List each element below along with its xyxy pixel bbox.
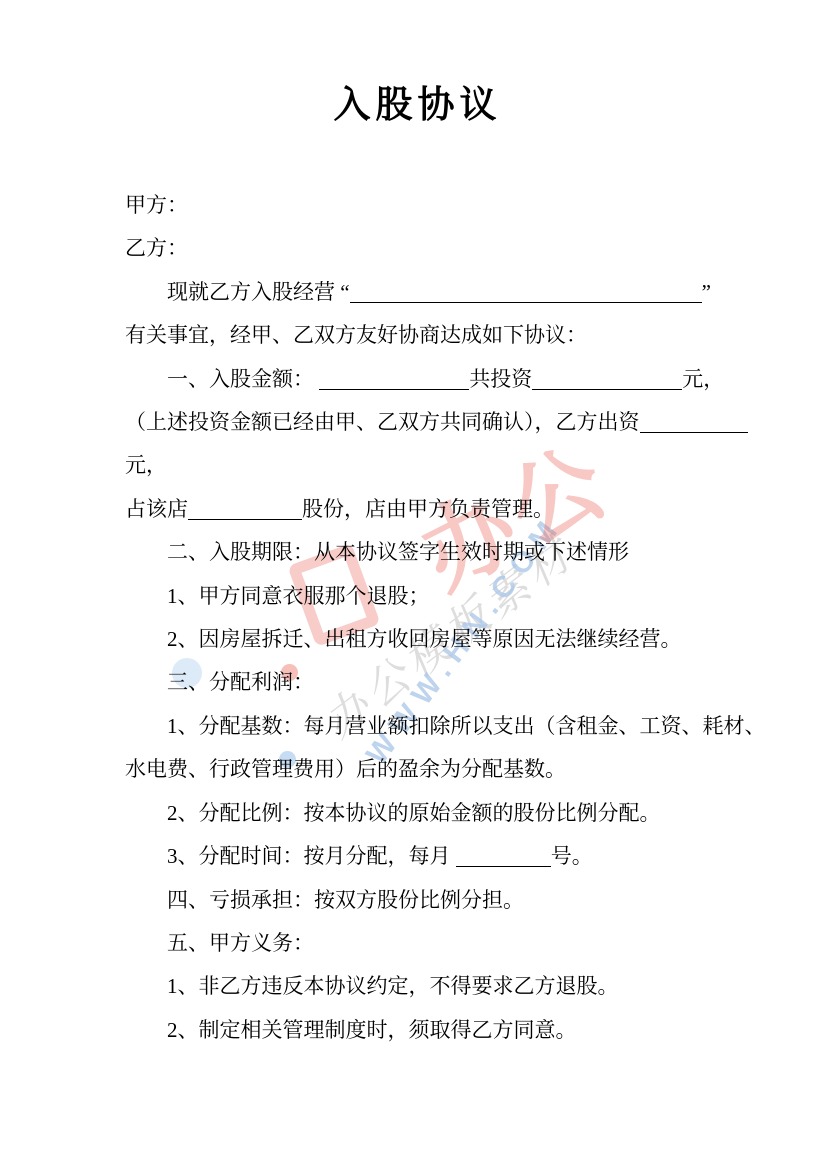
document-body: 甲方：乙方：现就乙方入股经营 “”有关事宜，经甲、乙双方友好协商达成如下协议：一… <box>125 184 710 1052</box>
document-line: 2、制定相关管理制度时，须取得乙方同意。 <box>125 1009 710 1052</box>
fill-in-blank[interactable] <box>640 430 748 433</box>
text-run: 水电费、行政管理费用）后的盈余为分配基数。 <box>125 757 566 781</box>
document-line: 甲方： <box>125 184 710 227</box>
fill-in-blank[interactable] <box>456 864 551 867</box>
document-line: 2、分配比例：按本协议的原始金额的股份比例分配。 <box>125 792 710 835</box>
text-run: 元， <box>125 453 167 477</box>
document-line: 四、亏损承担：按双方股份比例分担。 <box>125 879 710 922</box>
fill-in-blank[interactable] <box>319 387 469 390</box>
document-line: 水电费、行政管理费用）后的盈余为分配基数。 <box>125 748 710 791</box>
text-run: 乙方： <box>125 236 188 260</box>
fill-in-blank[interactable] <box>188 517 302 520</box>
text-run: 元， <box>682 367 724 391</box>
document-line: （上述投资金额已经由甲、乙双方共同确认），乙方出资 <box>125 401 710 444</box>
document-content: 入股协议 甲方：乙方：现就乙方入股经营 “”有关事宜，经甲、乙双方友好协商达成如… <box>125 84 710 1052</box>
document-line: 乙方： <box>125 227 710 270</box>
document-page: 办公模板素材 WWW.HN.COM 办公 入股协议 甲方：乙方：现就乙方入股经营… <box>0 0 827 1169</box>
text-run: 四、亏损承担：按双方股份比例分担。 <box>167 888 524 912</box>
fill-in-blank[interactable] <box>532 387 682 390</box>
fill-in-blank[interactable] <box>350 300 702 303</box>
text-run: 1、非乙方违反本协议约定，不得要求乙方退股。 <box>167 974 619 998</box>
text-run: 有关事宜，经甲、乙双方友好协商达成如下协议： <box>125 323 587 347</box>
text-run: 现就乙方入股经营 “ <box>167 280 350 304</box>
document-title: 入股协议 <box>125 84 710 128</box>
text-run: （上述投资金额已经由甲、乙双方共同确认），乙方出资 <box>125 410 640 434</box>
text-run: 2、因房屋拆迁、出租方收回房屋等原因无法继续经营。 <box>167 627 682 651</box>
text-run: 五、甲方义务： <box>167 931 314 955</box>
document-line: 五、甲方义务： <box>125 922 710 965</box>
text-run: 共投资 <box>469 367 532 391</box>
document-line: 3、分配时间：按月分配，每月 号。 <box>125 835 710 878</box>
document-line: 元， <box>125 444 710 487</box>
text-run: 3、分配时间：按月分配，每月 <box>167 844 456 868</box>
text-run: 号。 <box>551 844 593 868</box>
document-line: 1、非乙方违反本协议约定，不得要求乙方退股。 <box>125 965 710 1008</box>
document-line: 二、入股期限：从本协议签字生效时期或下述情形 <box>125 531 710 574</box>
document-line: 1、分配基数：每月营业额扣除所以支出（含租金、工资、耗材、 <box>125 705 710 748</box>
text-run: 三、分配利润： <box>167 670 314 694</box>
document-line: 占该店股份，店由甲方负责管理。 <box>125 488 710 531</box>
text-run: 1、分配基数：每月营业额扣除所以支出（含租金、工资、耗材、 <box>167 714 766 738</box>
document-line: 三、分配利润： <box>125 661 710 704</box>
document-line: 现就乙方入股经营 “” <box>125 271 710 314</box>
text-run: ” <box>702 280 711 304</box>
document-line: 1、甲方同意衣服那个退股； <box>125 575 710 618</box>
text-run: 1、甲方同意衣服那个退股； <box>167 584 430 608</box>
text-run: 二、入股期限：从本协议签字生效时期或下述情形 <box>167 540 629 564</box>
text-run: 一、入股金额： <box>167 367 319 391</box>
text-run: 2、制定相关管理制度时，须取得乙方同意。 <box>167 1018 577 1042</box>
document-line: 一、入股金额： 共投资元， <box>125 358 710 401</box>
text-run: 甲方： <box>125 193 188 217</box>
text-run: 占该店 <box>125 497 188 521</box>
document-line: 2、因房屋拆迁、出租方收回房屋等原因无法继续经营。 <box>125 618 710 661</box>
text-run: 2、分配比例：按本协议的原始金额的股份比例分配。 <box>167 801 661 825</box>
document-line: 有关事宜，经甲、乙双方友好协商达成如下协议： <box>125 314 710 357</box>
text-run: 股份，店由甲方负责管理。 <box>302 497 554 521</box>
